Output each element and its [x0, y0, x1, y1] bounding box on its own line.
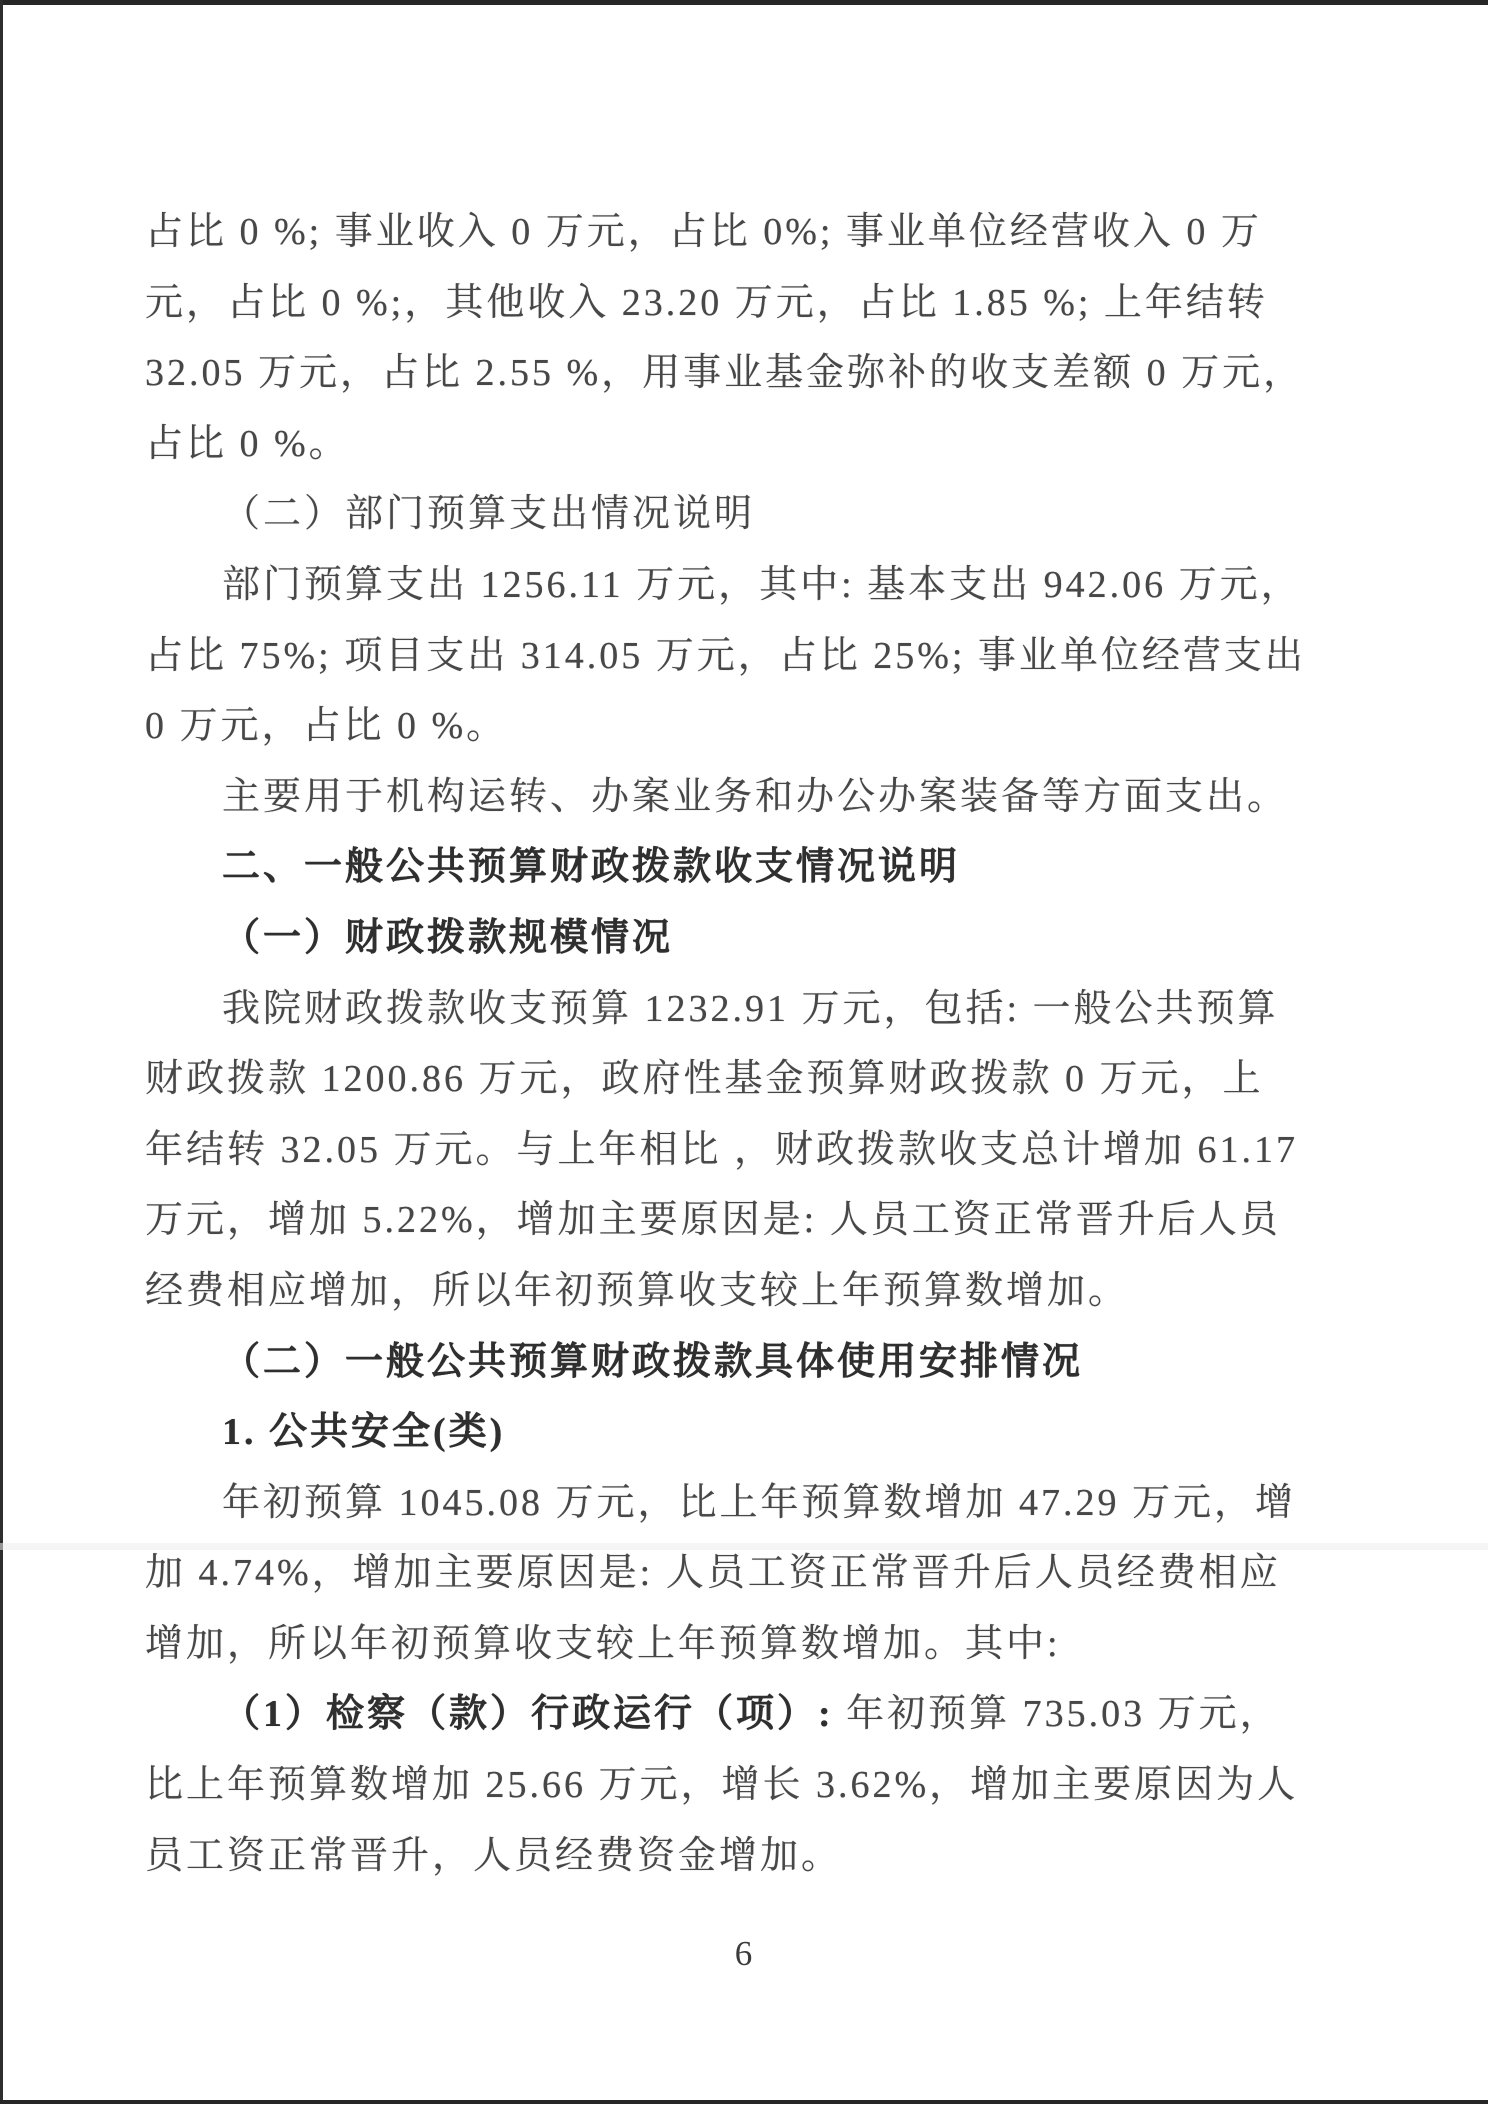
document-body: 占比 0 %; 事业收入 0 万元，占比 0%; 事业单位经营收入 0 万元，占… [145, 197, 1360, 1891]
text-line: 员工资正常晋升，人员经费资金增加。 [145, 1821, 1360, 1892]
text-line: 主要用于机构运转、办案业务和办公办案装备等方面支出。 [145, 762, 1360, 833]
text-segment-bold: 1. 公共安全(类) [222, 1411, 505, 1453]
text-line: 经费相应增加，所以年初预算收支较上年预算数增加。 [145, 1256, 1360, 1327]
text-segment: 元，占比 0 %;，其他收入 23.20 万元，占比 1.85 %; 上年结转 [145, 282, 1268, 324]
text-segment: 经费相应增加，所以年初预算收支较上年预算数增加。 [145, 1270, 1129, 1312]
text-line: 0 万元，占比 0 %。 [145, 691, 1360, 762]
text-line: 增加，所以年初预算收支较上年预算数增加。其中: [145, 1609, 1360, 1680]
text-segment: 部门预算支出 1256.11 万元，其中: 基本支出 942.06 万元， [222, 564, 1302, 606]
text-segment: 增加，所以年初预算收支较上年预算数增加。其中: [145, 1623, 1061, 1665]
text-line: 占比 75%; 项目支出 314.05 万元，占比 25%; 事业单位经营支出 [145, 621, 1360, 692]
text-line: 1. 公共安全(类) [145, 1397, 1360, 1468]
text-line: 我院财政拨款收支预算 1232.91 万元，包括: 一般公共预算 [145, 974, 1360, 1045]
scanned-document-page: 占比 0 %; 事业收入 0 万元，占比 0%; 事业单位经营收入 0 万元，占… [0, 0, 1488, 2104]
page-frame-top [0, 0, 1488, 5]
text-line: 加 4.74%，增加主要原因是: 人员工资正常晋升后人员经费相应 [145, 1538, 1360, 1609]
text-line: （二）一般公共预算财政拨款具体使用安排情况 [145, 1327, 1360, 1398]
text-segment: 占比 0 %。 [145, 423, 350, 465]
text-segment: 我院财政拨款收支预算 1232.91 万元，包括: 一般公共预算 [222, 988, 1279, 1030]
text-segment: 32.05 万元，占比 2.55 %，用事业基金弥补的收支差额 0 万元， [145, 352, 1304, 394]
text-line: 元，占比 0 %;，其他收入 23.20 万元，占比 1.85 %; 上年结转 [145, 268, 1360, 339]
text-segment: 主要用于机构运转、办案业务和办公办案装备等方面支出。 [222, 776, 1288, 818]
text-line: 部门预算支出 1256.11 万元，其中: 基本支出 942.06 万元， [145, 550, 1360, 621]
text-segment: （二）部门预算支出情况说明 [222, 493, 755, 535]
text-line: 年初预算 1045.08 万元，比上年预算数增加 47.29 万元，增 [145, 1468, 1360, 1539]
text-line: 财政拨款 1200.86 万元，政府性基金预算财政拨款 0 万元，上 [145, 1044, 1360, 1115]
text-segment-bold: （1）检察（款）行政运行（项）: [222, 1693, 834, 1735]
text-line: 32.05 万元，占比 2.55 %，用事业基金弥补的收支差额 0 万元， [145, 338, 1360, 409]
text-line: （二）部门预算支出情况说明 [145, 479, 1360, 550]
text-line: 二、一般公共预算财政拨款收支情况说明 [145, 832, 1360, 903]
page-frame-left [0, 0, 3, 2104]
page-frame-bottom [0, 2100, 1488, 2104]
page-number: 6 [0, 1934, 1488, 1974]
text-segment: 万元，增加 5.22%，增加主要原因是: 人员工资正常晋升后人员 [145, 1199, 1281, 1241]
text-segment: 加 4.74%，增加主要原因是: 人员工资正常晋升后人员经费相应 [145, 1552, 1281, 1594]
text-segment: 0 万元，占比 0 %。 [145, 705, 507, 747]
text-segment-bold: 二、一般公共预算财政拨款收支情况说明 [222, 846, 960, 888]
text-segment: 占比 0 %; 事业收入 0 万元，占比 0%; 事业单位经营收入 0 万 [145, 211, 1262, 253]
text-line: 万元，增加 5.22%，增加主要原因是: 人员工资正常晋升后人员 [145, 1185, 1360, 1256]
text-segment: 年结转 32.05 万元。与上年相比 ，财政拨款收支总计增加 61.17 [145, 1129, 1298, 1171]
text-segment: 占比 75%; 项目支出 314.05 万元，占比 25%; 事业单位经营支出 [145, 635, 1306, 677]
text-segment: 年初预算 735.03 万元， [834, 1693, 1281, 1735]
text-segment: 比上年预算数增加 25.66 万元，增长 3.62%，增加主要原因为人 [145, 1764, 1298, 1806]
text-line: 占比 0 %。 [145, 409, 1360, 480]
text-line: 占比 0 %; 事业收入 0 万元，占比 0%; 事业单位经营收入 0 万 [145, 197, 1360, 268]
text-segment-bold: （一）财政拨款规模情况 [222, 917, 673, 959]
text-segment: 员工资正常晋升，人员经费资金增加。 [145, 1835, 842, 1877]
text-line: 比上年预算数增加 25.66 万元，增长 3.62%，增加主要原因为人 [145, 1750, 1360, 1821]
text-line: （一）财政拨款规模情况 [145, 903, 1360, 974]
text-segment-bold: （二）一般公共预算财政拨款具体使用安排情况 [222, 1341, 1083, 1383]
text-line: 年结转 32.05 万元。与上年相比 ，财政拨款收支总计增加 61.17 [145, 1115, 1360, 1186]
text-line: （1）检察（款）行政运行（项）: 年初预算 735.03 万元， [145, 1679, 1360, 1750]
text-segment: 年初预算 1045.08 万元，比上年预算数增加 47.29 万元，增 [222, 1482, 1296, 1524]
text-segment: 财政拨款 1200.86 万元，政府性基金预算财政拨款 0 万元，上 [145, 1058, 1264, 1100]
